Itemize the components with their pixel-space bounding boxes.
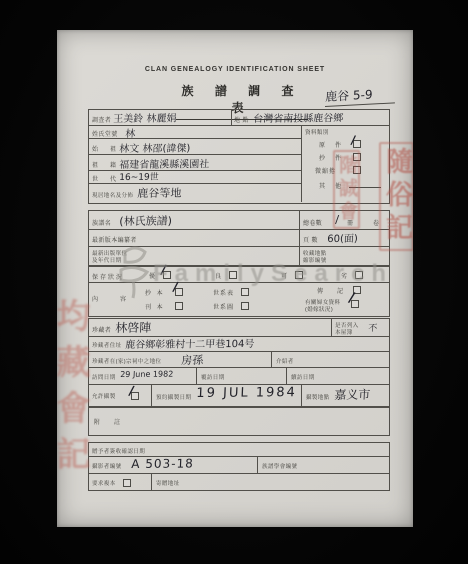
volumes-label: 總卷數: [303, 218, 322, 227]
surname-label: 姓氏堂號: [92, 129, 118, 138]
origin-label: 祖 籍: [92, 160, 119, 169]
mailing-address-label: 寄贈地址: [156, 479, 180, 487]
red-seal-right-inner: 階誠會: [333, 150, 360, 229]
address-label: 珍藏者住址: [92, 341, 122, 349]
surveyor-label: 調查者: [92, 115, 111, 124]
content-printed-checkbox: [175, 302, 183, 310]
receipt-date-label: 贈予者簽收確認日期: [92, 447, 145, 455]
record-title-value: (林氏族譜): [119, 213, 172, 229]
copy-request-label: 要求複本: [92, 479, 116, 487]
editor-label: 最新版本編纂者: [92, 235, 137, 244]
visit-date-value: 29 June 1982: [120, 370, 173, 379]
content-lineage-diagram-label: 世系圖: [213, 302, 234, 311]
photographer-number-value: A 503-18: [131, 456, 194, 471]
collector-section: 珍藏者 林啓陣 是否列入 本屋簿 不 珍藏者住址 鹿谷鄉彰雅村十二甲巷104号 …: [88, 318, 390, 407]
generations-label: 世 代: [92, 174, 119, 183]
filming-date-value: 19 JUL 1984: [196, 385, 297, 401]
copy-request-checkbox: [123, 479, 131, 487]
content-printed-label: 刊 本: [145, 302, 165, 311]
notes-label: 附 註: [94, 417, 124, 426]
familysearch-logo-watermark: [115, 244, 153, 300]
content-women-checkbox: [351, 300, 359, 308]
content-lineage-chart-label: 世系表: [213, 288, 234, 297]
residence-label: 現居地名及分佈: [92, 191, 133, 199]
content-lineage-chart-checkbox: [241, 288, 249, 296]
founder-value: 林文 林邵(諱傑): [119, 139, 191, 155]
place-label: 地 點: [234, 115, 249, 124]
red-seal-left: 均藏會記: [57, 298, 87, 482]
photographer-number-label: 攝影者編號: [92, 462, 122, 470]
surveyor-value: 王美鈴 林麗娟: [113, 109, 177, 125]
place-value: 台灣省南投縣鹿谷鄉: [253, 109, 344, 125]
microfilm-frame: { "header": { "en_title": "CLAN GENEALOG…: [0, 0, 468, 564]
familysearch-watermark-text: FamilySearch: [153, 260, 393, 288]
origin-value: 福建省龍溪縣溪園社: [119, 155, 210, 171]
introducer-label: 介紹者: [276, 357, 294, 365]
content-women-label-line2: (婚嫁狀況): [305, 305, 333, 313]
address-value: 鹿谷鄉彰雅村十二甲巷104号: [125, 335, 255, 351]
category-original-label: 原 件: [319, 140, 343, 149]
content-manuscript-checkbox: [175, 288, 183, 296]
founder-label: 始 祖: [92, 144, 119, 153]
record-title-label: 族譜名: [92, 218, 111, 227]
permission-label: 允許攝製: [92, 392, 116, 400]
position-label: 珍藏者在(家)宗祠中之地位: [92, 357, 161, 365]
red-seal-right-outer: 隨俗記: [379, 142, 413, 251]
content-lineage-diagram-checkbox: [241, 302, 249, 310]
listed-label-line2: 本屋簿: [335, 328, 353, 336]
footer-section: 贈予者簽收確認日期 攝影者編號 A 503-18 族譜學會編號 要求複本 寄贈地…: [88, 442, 390, 491]
pages-value: 60(面): [327, 230, 358, 245]
sheet-number: 鹿谷 5-9: [325, 84, 395, 107]
residence-value: 鹿谷等地: [137, 185, 182, 201]
filming-date-label: 預約攝製日期: [156, 393, 191, 401]
english-title: CLAN GENEALOGY IDENTIFICATION SHEET: [57, 66, 413, 73]
film-place-label: 攝製地點: [306, 393, 330, 401]
visit-date-label: 訪問日期: [92, 373, 116, 381]
society-number-label: 族譜學會編號: [262, 462, 297, 470]
revisit-date-label: 覆訪日期: [201, 373, 225, 381]
followup-date-label: 續訪日期: [291, 373, 315, 381]
listed-value: 不: [368, 321, 378, 334]
film-place-value: 嘉义市: [334, 386, 371, 403]
generations-value: 16~19世: [119, 170, 159, 183]
permission-checkbox: [131, 392, 139, 400]
notes-box: 附 註: [88, 407, 390, 436]
category-original-checkbox: [353, 140, 361, 148]
scanned-genealogy-form: CLAN GENEALOGY IDENTIFICATION SHEET 族 譜 …: [57, 30, 413, 527]
keeper-label: 珍藏者: [92, 325, 111, 334]
keeper-value: 林啓陣: [115, 319, 152, 336]
position-value: 房孫: [181, 352, 204, 368]
category-label: 資料類別: [305, 128, 329, 136]
pages-label: 頁 數: [303, 235, 318, 244]
